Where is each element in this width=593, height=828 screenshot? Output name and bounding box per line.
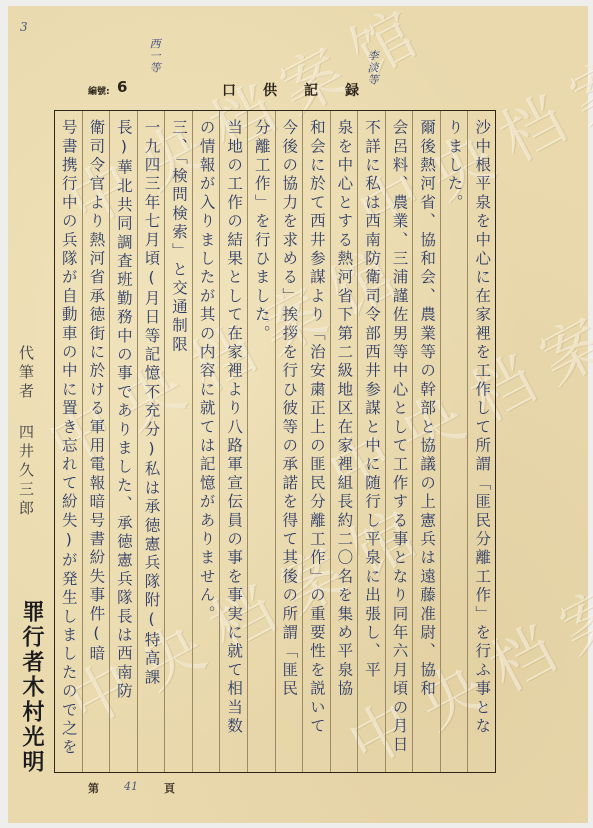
text-column: 会呂料、農業、三浦謹佐男等中心として工作する事となり同年六月頃の月日	[385, 111, 413, 772]
text-column: りました。	[440, 111, 468, 772]
scribe-name: 四井久三郎	[17, 424, 35, 519]
footer-page-prefix: 第	[88, 780, 99, 796]
serial-label: 編號:	[88, 84, 110, 97]
convict-name: 木村光明	[19, 675, 44, 775]
column-text: 不詳に私は西南防衛司令部西井参謀と中に随行し平泉に出張し、平	[358, 119, 385, 768]
manuscript-grid: 沙中根平泉を中心に在家裡を工作して所謂「匪民分離工作」を行ふ事とな りました。 …	[54, 110, 496, 773]
document-title: 口供記録	[222, 80, 386, 100]
column-text: 沙中根平泉を中心に在家裡を工作して所謂「匪民分離工作」を行ふ事とな	[468, 119, 495, 768]
column-text: 分離工作」を行ひました。	[248, 119, 275, 768]
text-column: 衛司令官より熱河省承徳街に於ける軍用電報暗号書紛失事件(暗	[82, 111, 110, 772]
text-column: 爾後熱河省、協和会、農業等の幹部と協議の上憲兵は遠藤准尉、協和	[412, 111, 440, 772]
column-text: 和会に於て西井参謀より「治安粛正上の匪民分離工作」の重要性を説いて	[303, 119, 330, 768]
column-text: 号書携行中の兵隊が自動車の中に置き忘れて紛失)が発生しましたので之を	[55, 119, 82, 768]
title-char: 口	[222, 80, 263, 100]
column-text: りました。	[441, 119, 468, 768]
column-text: 爾後熱河省、協和会、農業等の幹部と協議の上憲兵は遠藤准尉、協和	[413, 119, 440, 768]
text-column: 分離工作」を行ひました。	[247, 111, 275, 772]
text-column: 長)華北共同調査班勤務中の事でありました、承徳憲兵隊長は西南防	[109, 111, 137, 772]
column-text: の情報が入りましたが其の内容に就ては記憶がありません。	[193, 119, 220, 768]
text-column: の情報が入りましたが其の内容に就ては記憶がありません。	[192, 111, 220, 772]
title-char: 記	[304, 80, 345, 100]
text-column: 泉を中心とする熱河省下第二級地区在家裡組長約二〇名を集め平泉協	[330, 111, 358, 772]
text-column: 当地の工作の結果として在家裡より八路軍宣伝員の事を事実に就て相当数	[219, 111, 247, 772]
text-column: 不詳に私は西南防衛司令部西井参謀と中に随行し平泉に出張し、平	[357, 111, 385, 772]
column-text: 衛司令官より熱河省承徳街に於ける軍用電報暗号書紛失事件(暗	[83, 119, 110, 768]
convict-label: 罪行者	[19, 600, 44, 675]
serial-number: 6	[117, 78, 127, 96]
convict-signature: 罪行者木村光明	[16, 600, 47, 775]
section-heading-column: 三、「検問検索」と交通制限	[164, 111, 192, 772]
handwritten-annotation-right: 李淡等	[364, 50, 380, 86]
column-text: 当地の工作の結果として在家裡より八路軍宣伝員の事を事実に就て相当数	[220, 119, 247, 768]
handwritten-annotation-left: 西一等	[146, 38, 162, 74]
text-column: 和会に於て西井参謀より「治安粛正上の匪民分離工作」の重要性を説いて	[302, 111, 330, 772]
title-char: 供	[263, 80, 304, 100]
footer-page-suffix: 頁	[164, 780, 175, 796]
scribe-label: 代筆者	[17, 345, 35, 402]
text-column: 沙中根平泉を中心に在家裡を工作して所謂「匪民分離工作」を行ふ事とな	[467, 111, 495, 772]
column-text: 一九四三年七月頃(月日等記憶不充分)私は承徳憲兵隊附(特高課	[138, 119, 165, 768]
footer-page-number: 41	[124, 780, 138, 793]
text-column: 号書携行中の兵隊が自動車の中に置き忘れて紛失)が発生しましたので之を	[55, 111, 82, 772]
column-text: 会呂料、農業、三浦謹佐男等中心として工作する事となり同年六月頃の月日	[386, 119, 413, 768]
column-text: 長)華北共同調査班勤務中の事でありました、承徳憲兵隊長は西南防	[110, 119, 137, 768]
text-column: 今後の協力を求める」挨拶を行ひ彼等の承諾を得て其後の所謂「匪民	[275, 111, 303, 772]
scribe-signature: 代筆者四井久三郎	[16, 345, 37, 519]
column-text: 今後の協力を求める」挨拶を行ひ彼等の承諾を得て其後の所謂「匪民	[276, 119, 303, 768]
text-column: 一九四三年七月頃(月日等記憶不充分)私は承徳憲兵隊附(特高課	[137, 111, 165, 772]
corner-page-number: 3	[20, 20, 28, 34]
section-heading: 三、「検問検索」と交通制限	[165, 119, 192, 768]
column-text: 泉を中心とする熱河省下第二級地区在家裡組長約二〇名を集め平泉協	[331, 119, 358, 768]
